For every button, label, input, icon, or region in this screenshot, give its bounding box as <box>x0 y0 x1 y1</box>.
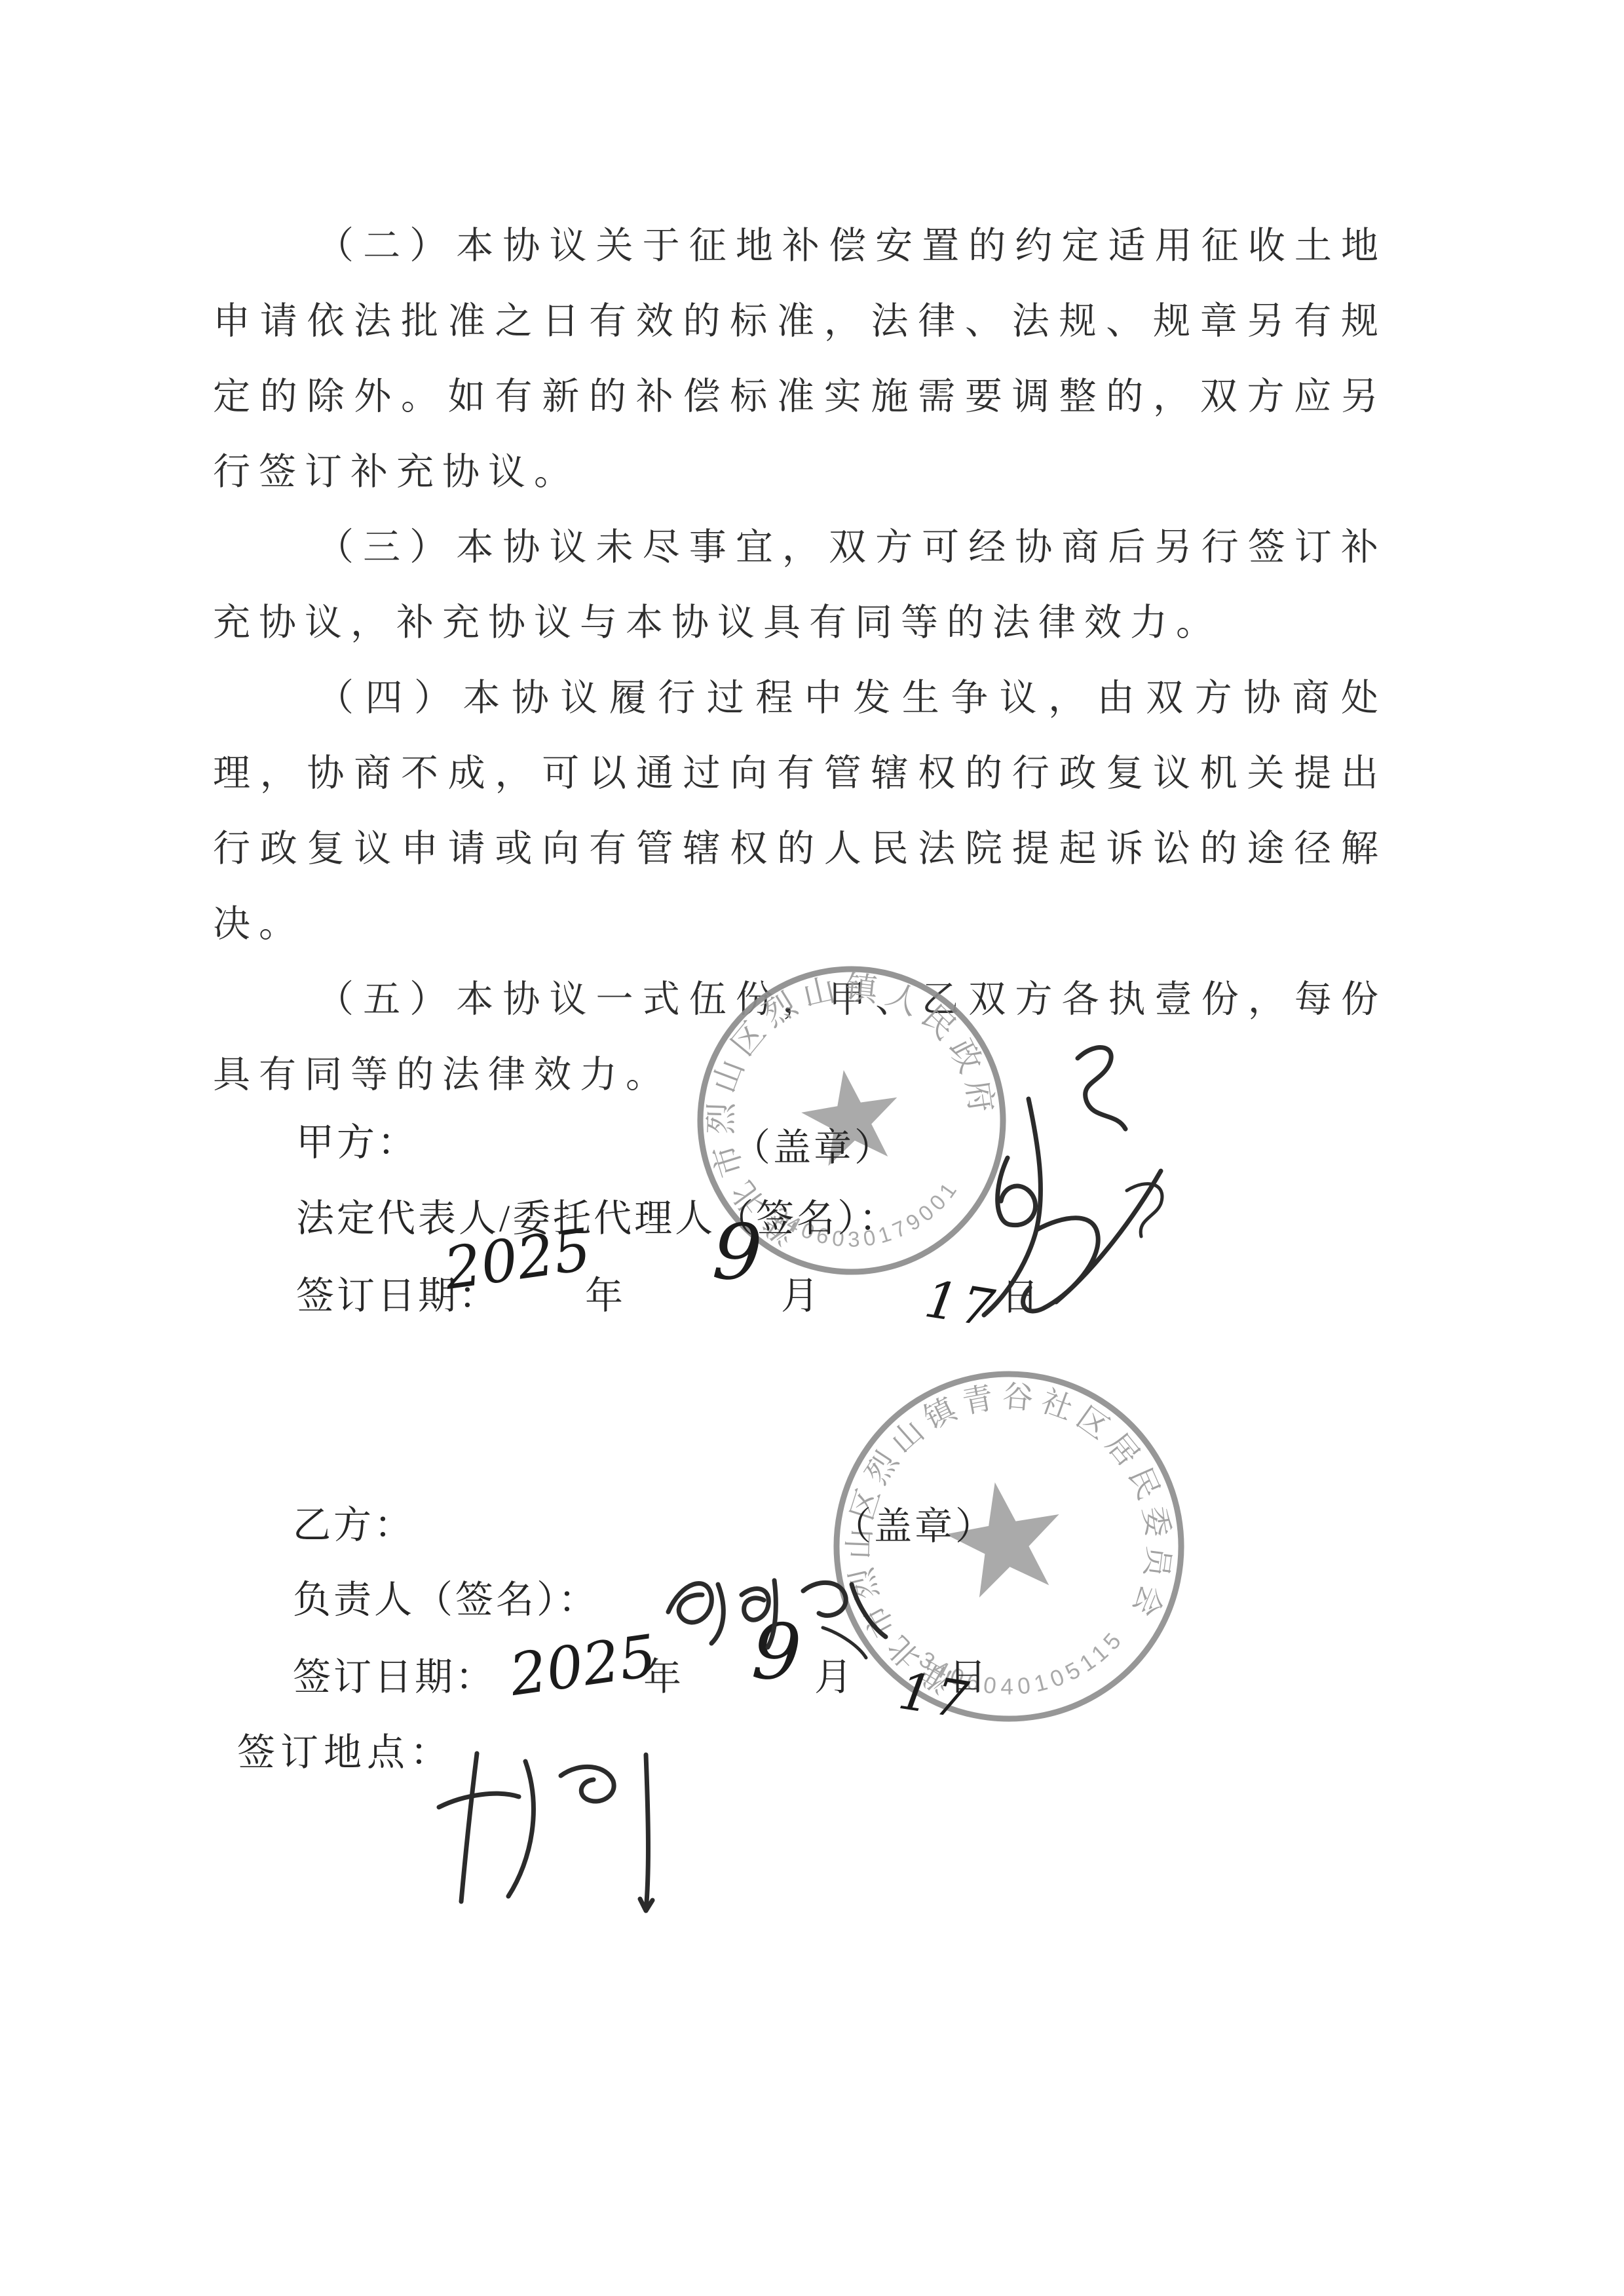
party-b-seal-hint: （盖章） <box>833 1507 996 1547</box>
party-a-representative-label: 法定代表人/委托代理人（签名）： <box>296 1199 899 1239</box>
clause-3: （三）本协议未尽事宜，双方可经协商后另行签订补充协议，补充协议与本协议具有同等的… <box>213 510 1387 660</box>
party-b-handwritten-year: 2025 <box>506 1627 660 1704</box>
party-a-handwritten-month: 9 <box>711 1212 764 1292</box>
sign-place-handwriting <box>419 1735 701 1938</box>
party-a-label: 甲方： <box>296 1123 418 1163</box>
clause-2: （二）本协议关于征地补偿安置的约定适用征收土地申请依法批准之日有效的标准，法律、… <box>213 208 1387 510</box>
party-a-seal-hint: （盖章） <box>732 1128 895 1168</box>
party-b-handwritten-day: 17 <box>896 1666 975 1727</box>
party-b-representative-label: 负责人（签名）： <box>293 1580 599 1620</box>
party-b-label: 乙方： <box>293 1506 415 1546</box>
scanned-agreement-page: （二）本协议关于征地补偿安置的约定适用征收土地申请依法批准之日有效的标准，法律、… <box>0 0 1624 2296</box>
party-b-signature <box>655 1554 897 1672</box>
clause-4: （四）本协议履行过程中发生争议，由双方协商处理，协商不成，可以通过向有管辖权的行… <box>213 660 1387 962</box>
party-a-signature <box>930 1019 1212 1333</box>
party-b-sign-date-label: 签订日期： <box>293 1658 496 1698</box>
party-a-handwritten-year: 2025 <box>441 1221 594 1298</box>
party-a-month-unit: 月 <box>781 1276 821 1316</box>
